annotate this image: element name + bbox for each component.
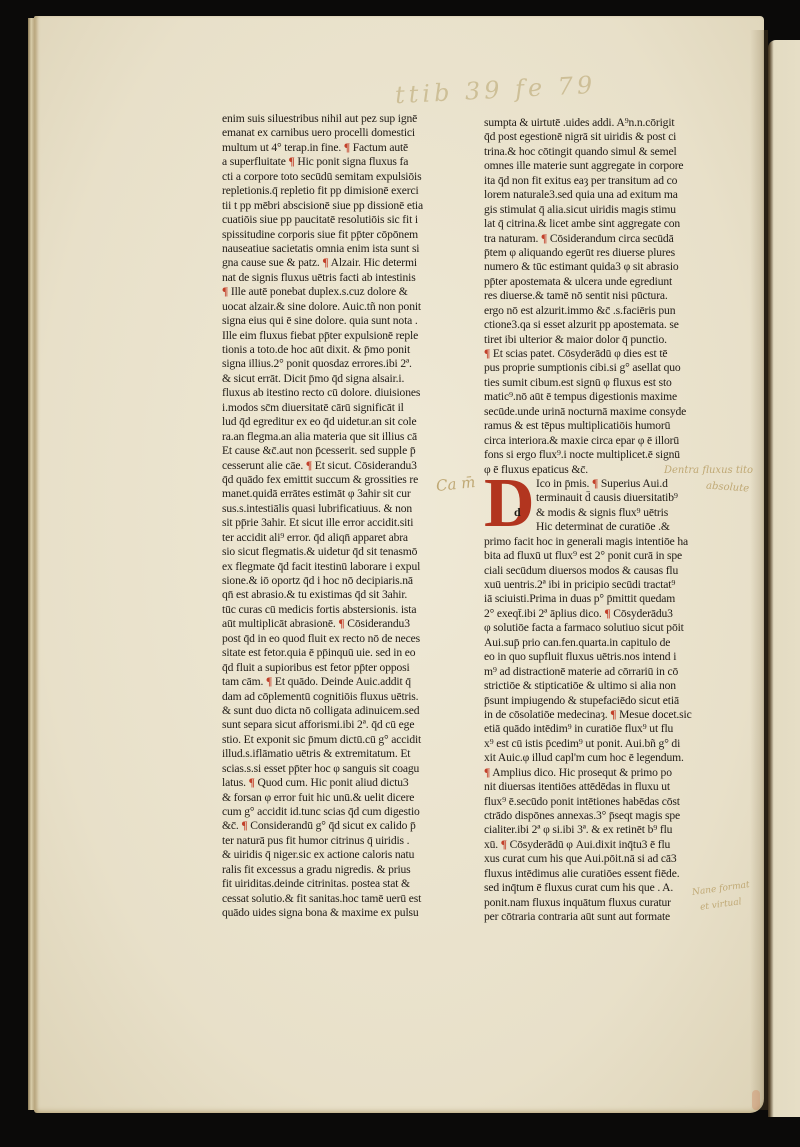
text-line: 2° exeqt̄.ibi 2ª āplius dico. ¶ Cōsyderā…: [484, 607, 746, 621]
text-line: sus.s.intestiālis quasi lubrificatiuus. …: [222, 502, 470, 516]
text-line: xuū uentris.2ª ibi in pricipio secūdi tr…: [484, 578, 746, 592]
text-line: fit uiriditas.deinde citrinitas. postea …: [222, 877, 470, 891]
text-line: aūt multiplicāt abrasionē. ¶ Cōsiderandu…: [222, 617, 470, 631]
text-line: secūde.unde urinā nocturnā maxime consyd…: [484, 405, 746, 419]
text-line: xit Auic.φ illud capl'm cum hoc ē legend…: [484, 751, 746, 765]
text-line: cesserunt alie cāe. ¶ Et sicut. Cōsidera…: [222, 459, 470, 473]
text-line: cessat solutio.& fit sanitas.hoc tamē ue…: [222, 892, 470, 906]
marginal-note-right-1: Dentra fluxus tito: [664, 465, 753, 476]
gutter-shadow: [750, 30, 768, 1110]
rubric-pilcrow: ¶: [266, 675, 272, 688]
rubric-pilcrow: ¶: [222, 285, 228, 298]
guide-letter: d: [514, 505, 521, 519]
text-line: sitate est fetor.quia ē pp̄inquū uie. se…: [222, 646, 470, 660]
text-line: tra naturam. ¶ Cōsiderandum circa secūdā: [484, 232, 746, 246]
red-stain: [752, 1090, 760, 1110]
rubric-pilcrow: ¶: [249, 776, 255, 789]
text-line: iā sciuisti.Prima in duas p° p̄mittit qu…: [484, 592, 746, 606]
text-line: ralis fit excessus a gradu nigredis. & p…: [222, 863, 470, 877]
rubric-pilcrow: ¶: [484, 766, 490, 779]
text-line: m⁹ ad distractionē materie ad cōrrariū i…: [484, 665, 746, 679]
text-line: xus curat cum his que Aui.pōit.nā si ad …: [484, 852, 746, 866]
text-line: tūc curas cū medicis fortis abstersionis…: [222, 603, 470, 617]
text-line: repletionis.q̄ repletio fit pp dimisionē…: [222, 184, 470, 198]
text-line: sumpta & uirtutē .uides addi. A⁹n.n.cōri…: [484, 116, 746, 130]
text-line: post q̄d in eo quod fluit ex recto nō de…: [222, 632, 470, 646]
text-line: signa illius.2° ponit quosdaz errores.ib…: [222, 357, 470, 371]
text-line: ter naturā pus fit humor citrinus q̄ uir…: [222, 834, 470, 848]
text-line: xū. ¶ Cōsyderādū φ Aui.dixit inq̄tu3 ē f…: [484, 838, 746, 852]
text-line: eo in quo supfluit fluxus uētris.nos int…: [484, 650, 746, 664]
text-line: nit diuersas itentiōes attēdēdas in flux…: [484, 780, 746, 794]
text-line: dam ad cōplementū cognitiōis fluxus uētr…: [222, 690, 470, 704]
rubric-pilcrow: ¶: [338, 617, 344, 630]
text-line: & uiridis q̄ niger.sic ex actione calori…: [222, 848, 470, 862]
text-line: Ille eim fluxus fiebat pp̄ter expulsionē…: [222, 329, 470, 343]
text-line: tiret ibi ulterior & maior dolor q̄ punc…: [484, 333, 746, 347]
text-line: illud.s.iflāmatio uētris & extremitatum.…: [222, 747, 470, 761]
text-line: q̄d fluit a supioribus est fetor pp̄ter …: [222, 661, 470, 675]
text-line: fluxus ab itestino recto cū dolore. diui…: [222, 386, 470, 400]
text-line: sio sicut flegmatis.& uidetur q̄d sit te…: [222, 545, 470, 559]
text-line: i.modos sc̄m diuersitatē cārū significāt…: [222, 401, 470, 415]
rubric-pilcrow: ¶: [604, 607, 610, 620]
text-line: pp̄ter apostemata & ulcera unde egrediun…: [484, 275, 746, 289]
text-line: ¶ Ille autē ponebat duplex.s.cuz dolore …: [222, 285, 470, 299]
text-line: nauseatiue sacietatis omnia enim ista su…: [222, 242, 470, 256]
text-line: q̄d post egestionē nigrā sit uiridis & p…: [484, 130, 746, 144]
text-line: cti a corpore toto secūdū semitam expuls…: [222, 170, 470, 184]
text-line: gna cause sue & patz. ¶ Alzair. Hic dete…: [222, 256, 470, 270]
text-line: gis stimulat q̄ alia.sicut uiridis magis…: [484, 203, 746, 217]
text-line: in de cōsolatiōe medecinaȝ. ¶ Mesue doce…: [484, 708, 746, 722]
left-column: enim suis siluestribus nihil aut pez sup…: [222, 112, 470, 921]
text-line: p̄sunt impiugendo & stupefaciēdo sicut e…: [484, 694, 746, 708]
text-line: lorem naturale3.sed quia una ad exitum m…: [484, 188, 746, 202]
text-line: & forsan φ error fuit hic unū.& uelit di…: [222, 791, 470, 805]
text-line: & sicut errāt. Dicit p̄mo q̄d signa alsa…: [222, 372, 470, 386]
text-line: uocat alzair.& sine dolore. Auic.tñ non …: [222, 300, 470, 314]
text-line: quādo uides signa bona & maxime ex pulsu: [222, 906, 470, 920]
text-line: numero & tūc estimant quida3 φ sit abras…: [484, 260, 746, 274]
text-line: emanat ex carnibus uero procelli domesti…: [222, 126, 470, 140]
text-line: flux⁹ ē.secūdo ponit intētiones habēdas …: [484, 795, 746, 809]
text-line: fons si ergo flux⁹.i nocte multiplicet.ē…: [484, 448, 746, 462]
text-line: nat de signis fluxus uētris facti ab int…: [222, 271, 470, 285]
text-line: ctione3.qa si esset alzurit pp apostemat…: [484, 318, 746, 332]
text-line: x⁹ est cū istis p̄cedim⁹ ut ponit. Aui.b…: [484, 737, 746, 751]
right-column: sumpta & uirtutē .uides addi. A⁹n.n.cōri…: [484, 116, 746, 925]
text-line: per cōtraria contraria aūt sunt aut form…: [484, 910, 746, 924]
text-line: lat q̄ citrina.& licet ambe sint aggrega…: [484, 217, 746, 231]
text-line: ¶ Et scias patet. Cōsyderādū φ dies est …: [484, 347, 746, 361]
text-line: sit pp̄rie 3ahir. Et sicut ille error ac…: [222, 516, 470, 530]
text-line: scias.s.si esset pp̄ter hoc φ sanguis si…: [222, 762, 470, 776]
text-line: signa eius qui ē sine dolore. quia sunt …: [222, 314, 470, 328]
text-line: ra.an flegma.an alia materia que sit ill…: [222, 430, 470, 444]
text-line: ita q̄d non fit exitus eaȝ per transitum…: [484, 174, 746, 188]
text-line: etiā quādo intēdim⁹ in curatiōe flux⁹ ut…: [484, 722, 746, 736]
rubric-pilcrow: ¶: [322, 256, 328, 269]
text-line: ciali secūdum diuersos modos & causas fl…: [484, 564, 746, 578]
text-line: sione.& iō oportz q̄d i hoc nō decipiari…: [222, 574, 470, 588]
decorated-initial-d: D: [484, 475, 532, 533]
rubric-pilcrow: ¶: [541, 232, 547, 245]
text-line: a superfluitate ¶ Hic ponit signa fluxus…: [222, 155, 470, 169]
text-line: cuatiōis siue pp paucitatē resolutiōis s…: [222, 213, 470, 227]
text-line: lud q̄d egreditur ex eo q̄d uidetur.an s…: [222, 415, 470, 429]
text-line: res diuerse.& tamē nō sentit nisi pūctur…: [484, 289, 746, 303]
rubric-pilcrow: ¶: [241, 819, 247, 832]
text-line: enim suis siluestribus nihil aut pez sup…: [222, 112, 470, 126]
text-line: Aui.sup̄ prio can.fen.quarta.in capitulo…: [484, 636, 746, 650]
text-line: φ solutiōe facta a farmaco solutiuo sicu…: [484, 621, 746, 635]
rubric-pilcrow: ¶: [610, 708, 616, 721]
text-line: qn̄ est abrasio.& tu existimas q̄d sit 3…: [222, 588, 470, 602]
text-line: cialiter.ibi 2ª φ si.ibi 3ª. & ex retinē…: [484, 823, 746, 837]
facing-page-edge: [768, 40, 800, 1117]
text-line: ramus & est tēpus multiplicatiōis humorū: [484, 419, 746, 433]
text-line: omnes ille materie sunt aggregate in cor…: [484, 159, 746, 173]
text-line: manet.quidā errātes estimāt φ 3ahir sit …: [222, 487, 470, 501]
text-line: & sunt duo dicta nō colligata adinuicem.…: [222, 704, 470, 718]
text-line: ter accidit ali⁹ error. q̄d aliqn̄ appar…: [222, 531, 470, 545]
text-line: p̄tem φ aliquando egerūt res diuerse plu…: [484, 246, 746, 260]
text-line: bita ad fluxū ut flux⁹ est 2° ponit curā…: [484, 549, 746, 563]
text-line: ctrādo dispōnes annexas.3° p̄seqt magis …: [484, 809, 746, 823]
text-line: trina.& hoc cōtingit quando simul & seme…: [484, 145, 746, 159]
text-line: ties sumit cibum.est signū φ fluxus est …: [484, 376, 746, 390]
text-line: tii t pp mēbri abscisionē siue pp dissio…: [222, 199, 470, 213]
text-line: multum ut 4° terap.in fine. ¶ Factum aut…: [222, 141, 470, 155]
rubric-pilcrow: ¶: [306, 459, 312, 472]
text-line: ergo nō est alzurit.immo &c̄ .s.faciēris…: [484, 304, 746, 318]
text-line: ¶ Amplius dico. Hic prosequt & primo po: [484, 766, 746, 780]
text-line: sunt separa sicut afforismi.ibi 2ª. q̄d …: [222, 718, 470, 732]
text-line: matic⁹.nō aūt ē tempus digestionis maxim…: [484, 390, 746, 404]
rubric-pilcrow: ¶: [344, 141, 350, 154]
rubric-pilcrow: ¶: [289, 155, 295, 168]
text-line: &c̄. ¶ Considerandū g° q̄d sicut ex cali…: [222, 819, 470, 833]
text-line: ex flegmate q̄d facit itestinū laborare …: [222, 560, 470, 574]
text-line: circa interiora.& maxie circa epar φ ē i…: [484, 434, 746, 448]
text-line: tionis a toto.de hoc aūt dixit. & p̄mo p…: [222, 343, 470, 357]
text-line: strictiōe & stipticatiōe & ultimo si ali…: [484, 679, 746, 693]
text-line: q̄d quādo fex emittit succum & grossitie…: [222, 473, 470, 487]
text-line: Et cause &c̄.aut non p̄cesserit. sed sup…: [222, 444, 470, 458]
rubric-pilcrow: ¶: [484, 347, 490, 360]
text-line: stio. Et exponit sic p̄mum dictū.cū g° a…: [222, 733, 470, 747]
text-line: latus. ¶ Quod cum. Hic ponit aliud dictu…: [222, 776, 470, 790]
text-line: tam cām. ¶ Et quādo. Deinde Auic.addit q…: [222, 675, 470, 689]
rubric-pilcrow: ¶: [501, 838, 507, 851]
text-line: cum g° accidit id.tunc scias q̄d cum dig…: [222, 805, 470, 819]
text-line: spissitudine corporis siue fit pp̄ter cō…: [222, 228, 470, 242]
text-line: pus proprie sumptionis cibi.si g° asella…: [484, 361, 746, 375]
text-line: fluxus intēdimus alie curatiōes essent f…: [484, 867, 746, 881]
